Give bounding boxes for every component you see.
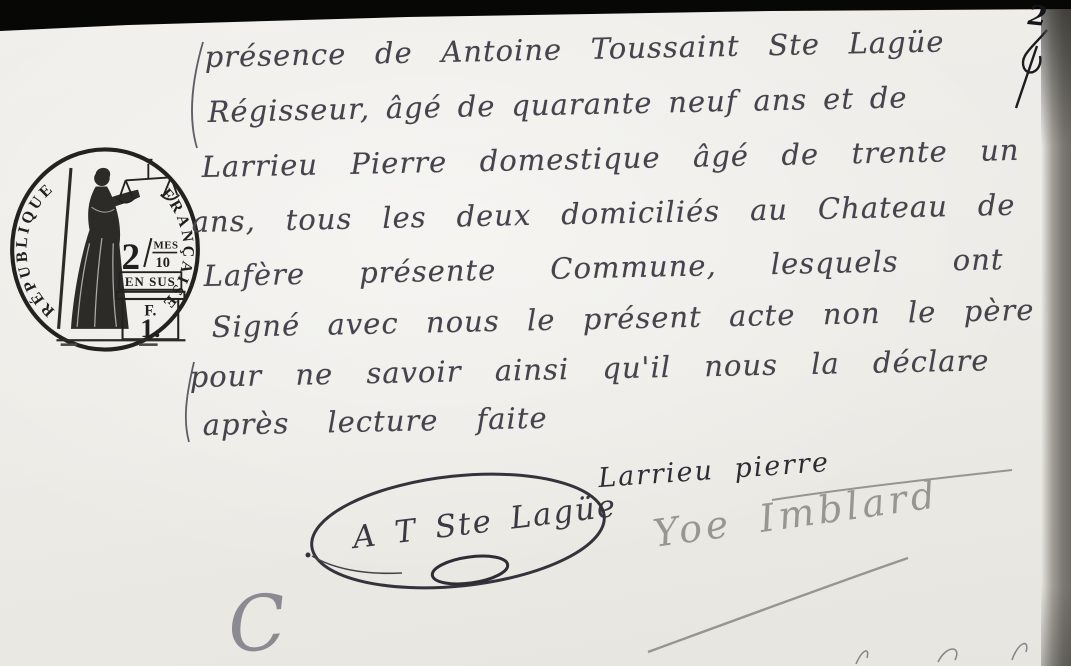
- stamp-rate-denominator: 10: [156, 255, 170, 271]
- bottom-edge-ink-tails: [856, 644, 1027, 664]
- stamp-rate: 2 MES 10 EN SUS: [119, 237, 181, 290]
- manuscript-line: Larrieu Pierre domestique âgé de trente …: [201, 135, 1019, 184]
- manuscript-line: pour ne savoir ainsi qu'il nous la décla…: [189, 345, 989, 394]
- manuscript-line: Régisseur, âgé de quarante neuf ans et d…: [207, 82, 908, 129]
- manuscript-line: présence de Antoine Toussaint Ste Lagüe: [204, 27, 945, 74]
- manuscript-line: Signé avec nous le présent acte non le p…: [211, 295, 1034, 344]
- stamp-surtax-label: EN SUS: [125, 275, 176, 289]
- page-number: 2: [1026, 0, 1048, 33]
- stamp-arc-left: RÉPUBLIQUE: [13, 179, 58, 319]
- scan-gutter-edge: [1041, 0, 1071, 666]
- revenue-stamp: RÉPUBLIQUE FRANÇAISE: [7, 145, 203, 355]
- manuscript-line: Lafère présente Commune, lesquels ont: [203, 244, 1003, 293]
- register-page-scan: RÉPUBLIQUE FRANÇAISE: [0, 0, 1071, 666]
- next-entry-initial: C: [225, 588, 289, 661]
- stamp-arc-left-text: RÉPUBLIQUE: [13, 179, 58, 319]
- stamp-rate-unit: MES: [153, 239, 178, 251]
- signature-larrieu-pierre: Larrieu pierre: [597, 447, 831, 494]
- manuscript-line: ans, tous les deux domiciliés au Chateau…: [191, 190, 1015, 239]
- manuscript-line: après lecture faite: [202, 403, 548, 442]
- signature-ste-lague: A T Ste Lagüe: [351, 488, 619, 556]
- stamp-franc-value: 1.: [140, 313, 160, 343]
- lead-in-stroke: [192, 42, 203, 148]
